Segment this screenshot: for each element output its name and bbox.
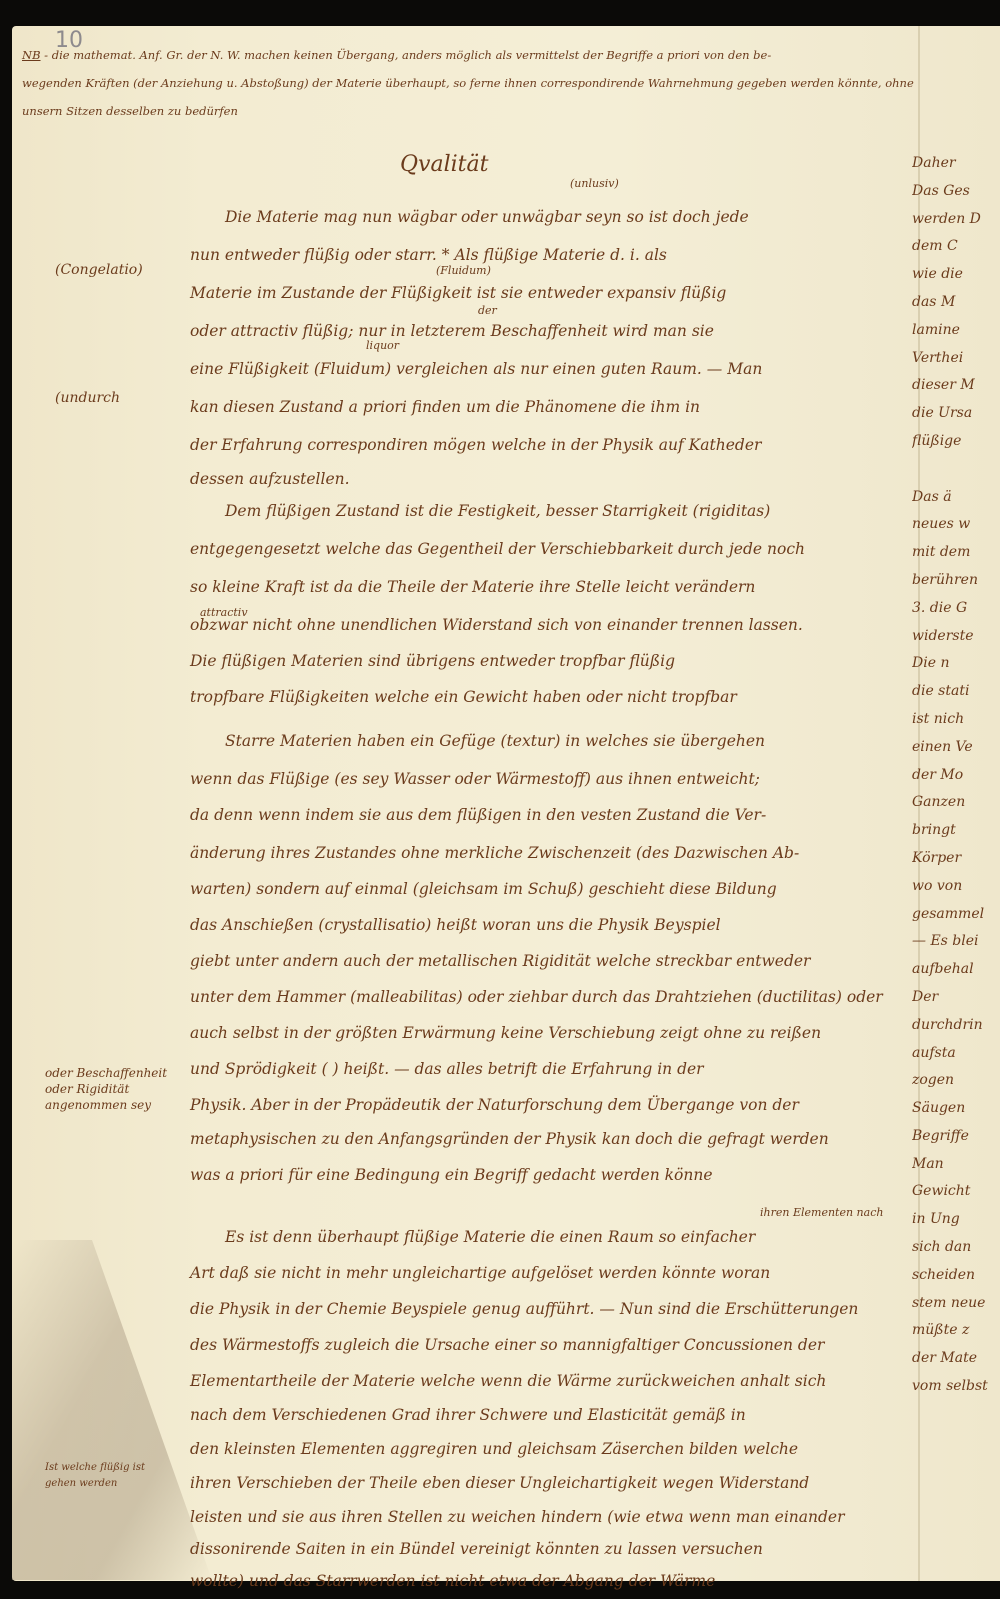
header-note-line-1: NB - die mathemat. Anf. Gr. der N. W. ma…	[22, 48, 771, 63]
paragraph-line: der Erfahrung correspondiren mögen welch…	[190, 426, 761, 464]
paragraph-line: wollte) und das Starrwerden ist nicht et…	[190, 1562, 715, 1599]
paragraph-line: die Physik in der Chemie Beyspiele genug…	[190, 1290, 858, 1328]
paragraph-line: das Anschießen (crystallisatio) heißt wo…	[190, 906, 721, 944]
paragraph-line: des Wärmestoffs zugleich die Ursache ein…	[190, 1326, 824, 1364]
section-title: Qvalität	[400, 152, 488, 177]
paragraph-line: oder attractiv flüßig; nur in letzterem …	[190, 312, 714, 350]
interlinear-note: ihren Elementen nach	[760, 1205, 883, 1220]
margin-note: (Congelatio)	[55, 262, 143, 278]
paragraph-line: eine Flüßigkeit (Fluidum) vergleichen al…	[190, 350, 762, 388]
paragraph-line: auch selbst in der größten Erwärmung kei…	[190, 1014, 821, 1052]
paragraph-line: nach dem Verschiedenen Grad ihrer Schwer…	[190, 1396, 746, 1434]
paragraph-line: Starre Materien haben ein Gefüge (textur…	[225, 722, 765, 760]
paragraph-line: änderung ihres Zustandes ohne merkliche …	[190, 834, 799, 872]
paragraph-line: tropfbare Flüßigkeiten welche ein Gewich…	[190, 678, 737, 716]
paragraph-line: unter dem Hammer (malleabilitas) oder zi…	[190, 978, 883, 1016]
paragraph-line: den kleinsten Elementen aggregiren und g…	[190, 1430, 798, 1468]
nb-marker: NB	[22, 48, 41, 62]
paragraph-line: und Sprödigkeit ( ) heißt. — das alles b…	[190, 1050, 704, 1088]
header-note-line-3: unsern Sitzen desselben zu bedürfen	[22, 104, 238, 119]
paragraph-line: da denn wenn indem sie aus dem flüßigen …	[190, 796, 766, 834]
paragraph-line: Elementartheile der Materie welche wenn …	[190, 1362, 826, 1400]
paragraph-line: ihren Verschieben der Theile eben dieser…	[190, 1464, 809, 1502]
margin-note: oder Beschaffenheit oder Rigidität angen…	[45, 1065, 175, 1113]
paragraph-line: wenn das Flüßige (es sey Wasser oder Wär…	[190, 760, 760, 798]
paragraph-line: entgegengesetzt welche das Gegentheil de…	[190, 530, 805, 568]
paragraph-line: giebt unter andern auch der metallischen…	[190, 942, 810, 980]
margin-note: Ist welche flüßig ist gehen werden	[45, 1460, 175, 1492]
paragraph-line: Dem flüßigen Zustand ist die Festigkeit,…	[225, 492, 770, 530]
paragraph-line: nun entweder flüßig oder starr. * Als fl…	[190, 236, 667, 274]
paragraph-line: metaphysischen zu den Anfangsgründen der…	[190, 1120, 829, 1158]
paragraph-line: so kleine Kraft ist da die Theile der Ma…	[190, 568, 755, 606]
paragraph-line: kan diesen Zustand a priori finden um di…	[190, 388, 700, 426]
paragraph-line: obzwar nicht ohne unendlichen Widerstand…	[190, 606, 803, 644]
paragraph-line: was a priori für eine Bedingung ein Begr…	[190, 1156, 713, 1194]
header-note-line-2: wegenden Kräften (der Anziehung u. Absto…	[22, 76, 914, 91]
paragraph-line: Physik. Aber in der Propädeutik der Natu…	[190, 1086, 799, 1124]
paragraph-line: Die Materie mag nun wägbar oder unwägbar…	[225, 198, 749, 236]
paragraph-line: Art daß sie nicht in mehr ungleichartige…	[190, 1254, 770, 1292]
paragraph-line: warten) sondern auf einmal (gleichsam im…	[190, 870, 777, 908]
interlinear-note: (unlusiv)	[570, 176, 619, 191]
margin-note: (undurch	[55, 390, 120, 406]
paragraph-line: Die flüßigen Materien sind übrigens entw…	[190, 642, 675, 680]
paragraph-line: Materie im Zustande der Flüßigkeit ist s…	[190, 274, 726, 312]
adjacent-page-column: Daher Das Ges werden D dem C wie die das…	[912, 150, 1000, 1401]
paragraph-line: Es ist denn überhaupt flüßige Materie di…	[225, 1218, 755, 1256]
